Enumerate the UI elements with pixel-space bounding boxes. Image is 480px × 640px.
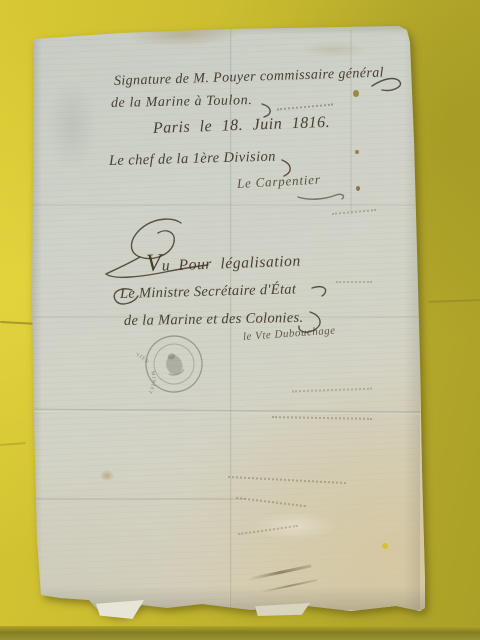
photo-of-document: Signature de M. Pouyer commissaire génér…	[0, 0, 480, 640]
ink-bleedthrough-mark	[292, 388, 372, 393]
ink-bleedthrough-mark	[332, 209, 376, 215]
ink-speck	[356, 186, 360, 191]
manuscript-line-minister: Le Ministre Secrétaire d'État	[120, 281, 297, 303]
ink-bleedthrough-mark	[228, 476, 346, 484]
foxing-spot	[100, 470, 114, 481]
ink-bleedthrough-mark	[272, 416, 372, 420]
ink-bleedthrough-mark	[277, 104, 333, 111]
ministry-ink-stamp: MINISTERE DE LA MARINE ET DES COLONIES	[134, 324, 215, 405]
paper-hole-speck	[382, 543, 388, 549]
flourish-etat-end	[312, 287, 326, 296]
manuscript-line-marine-colonies: de la Marine et des Colonies.	[124, 310, 304, 330]
paper-stain	[298, 42, 370, 57]
manuscript-line-division-chief: Le chef de la 1ère Division	[109, 149, 276, 170]
paper-edge-shading	[404, 28, 420, 610]
paper-shadow-wrap: Signature de M. Pouyer commissaire génér…	[0, 0, 480, 640]
manuscript-line-date: Paris le 18. Juin 1816.	[153, 114, 331, 138]
ink-speck	[353, 90, 359, 97]
manuscript-line-signature-intro: Signature de M. Pouyer commissaire génér…	[114, 66, 384, 90]
horizontal-fold-line	[36, 498, 246, 500]
manuscript-line-marine-toulon: de la Marine à Toulon.	[111, 93, 253, 112]
ink-bleedthrough-stroke	[248, 564, 311, 580]
horizontal-fold-line	[33, 204, 421, 206]
vertical-fold-line	[350, 30, 352, 215]
paper-stain	[46, 78, 98, 173]
flourish-carpentier-underline	[298, 194, 344, 199]
ink-speck	[355, 150, 359, 154]
signature-carpentier: Le Carpentier	[237, 172, 321, 192]
ink-bleedthrough-mark	[236, 497, 306, 508]
manuscript-paper: Signature de M. Pouyer commissaire génér…	[0, 0, 480, 640]
paper-stain	[128, 22, 241, 48]
ink-bleedthrough-mark	[336, 281, 372, 283]
manuscript-line-legalisation: Vu Pour légalisation	[146, 245, 302, 278]
